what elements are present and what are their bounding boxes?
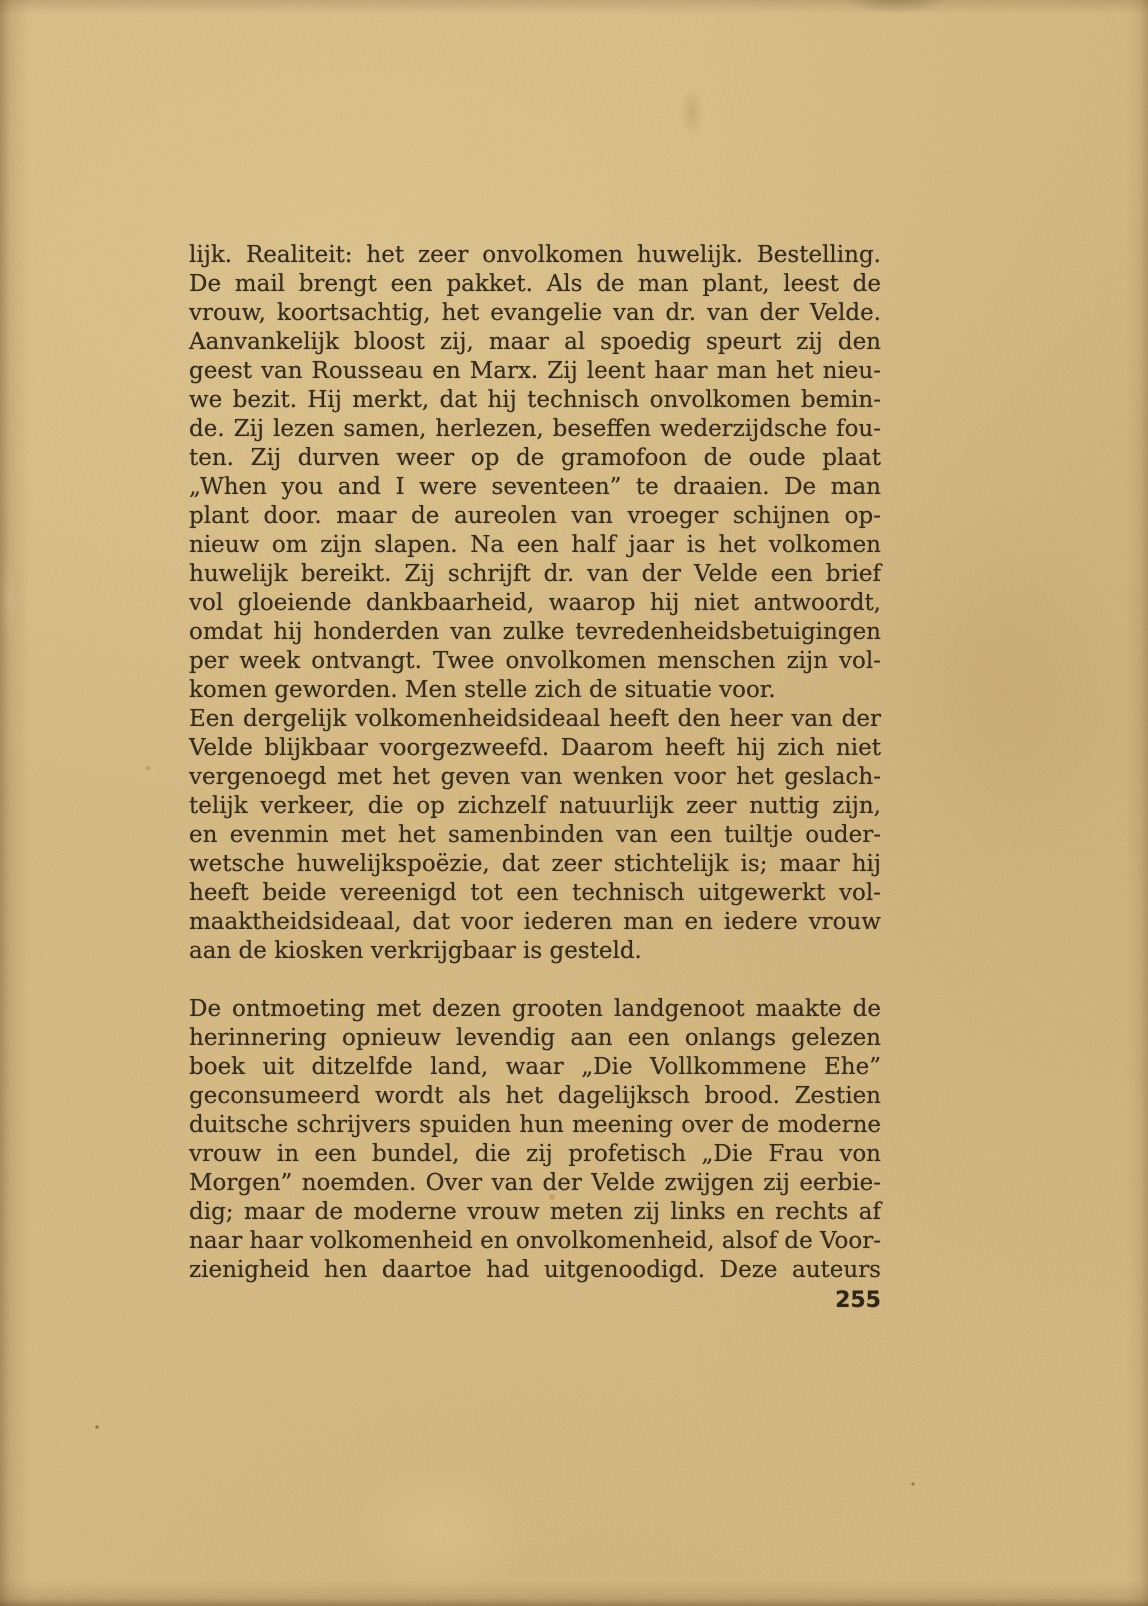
text-line: per week ontvangt. Twee onvolkomen mensc… [189,647,881,676]
text-line: De ontmoeting met dezen grooten landgeno… [189,995,881,1024]
paragraph: lijk. Realiteit: het zeer onvolkomen huw… [189,241,881,705]
text-line: vergenoegd met het geven van wenken voor… [189,763,881,792]
text-line: we bezit. Hij merkt, dat hij technisch o… [189,386,881,415]
page-number: 255 [189,1288,881,1313]
text-line: vol gloeiende dankbaarheid, waarop hij n… [189,589,881,618]
text-line: omdat hij honderden van zulke tevredenhe… [189,618,881,647]
paragraph: De ontmoeting met dezen grooten landgeno… [189,995,881,1285]
text-line: herinnering opnieuw levendig aan een onl… [189,1024,881,1053]
text-line: huwelijk bereikt. Zij schrijft dr. van d… [189,560,881,589]
text-line: heeft beide vereenigd tot een technisch … [189,879,881,908]
page-text-block: lijk. Realiteit: het zeer onvolkomen huw… [189,241,881,1285]
text-line: maaktheidsideaal, dat voor iederen man e… [189,908,881,937]
text-line: boek uit ditzelfde land, waar „Die Vollk… [189,1053,881,1082]
text-line: Morgen” noemden. Over van der Velde zwij… [189,1169,881,1198]
text-line: ten. Zij durven weer op de gramofoon de … [189,444,881,473]
text-line: lijk. Realiteit: het zeer onvolkomen huw… [189,241,881,270]
text-line: geest van Rousseau en Marx. Zij leent ha… [189,357,881,386]
text-line: en evenmin met het samenbinden van een t… [189,821,881,850]
book-page-scan: lijk. Realiteit: het zeer onvolkomen huw… [0,0,1148,1606]
paragraph: Een dergelijk volkomenheidsideaal heeft … [189,705,881,966]
text-line: De mail brengt een pakket. Als de man pl… [189,270,881,299]
text-line: zienigheid hen daartoe had uitgenoodigd.… [189,1256,881,1285]
text-line: vrouw, koortsachtig, het evangelie van d… [189,299,881,328]
text-line: duitsche schrijvers spuiden hun meening … [189,1111,881,1140]
text-line: plant door. maar de aureolen van vroeger… [189,502,881,531]
text-line: naar haar volkomenheid en onvolkomenheid… [189,1227,881,1256]
text-line: dig; maar de moderne vrouw meten zij lin… [189,1198,881,1227]
text-line: geconsumeerd wordt als het dagelijksch b… [189,1082,881,1111]
text-line: „When you and I were seventeen” te draai… [189,473,881,502]
text-line: vrouw in een bundel, die zij profetisch … [189,1140,881,1169]
text-line: Een dergelijk volkomenheidsideaal heeft … [189,705,881,734]
text-line: aan de kiosken verkrijgbaar is gesteld. [189,937,881,966]
text-line: de. Zij lezen samen, herlezen, beseffen … [189,415,881,444]
text-line: Velde blijkbaar voorgezweefd. Daarom hee… [189,734,881,763]
text-line: komen geworden. Men stelle zich de situa… [189,676,881,705]
text-line: telijk verkeer, die op zichzelf natuurli… [189,792,881,821]
text-line: nieuw om zijn slapen. Na een half jaar i… [189,531,881,560]
text-line: wetsche huwelijkspoëzie, dat zeer sticht… [189,850,881,879]
text-line: Aanvankelijk bloost zij, maar al spoedig… [189,328,881,357]
